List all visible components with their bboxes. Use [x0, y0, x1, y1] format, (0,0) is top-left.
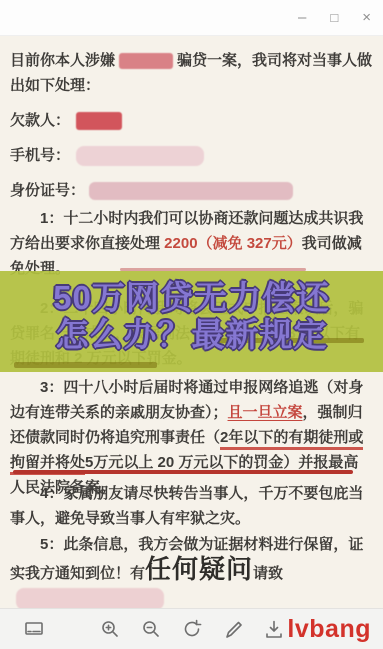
edit-pencil-icon[interactable] — [221, 617, 245, 641]
screenshot-root: – □ × 目前你本人涉嫌骗贷一案，我司将对当事人做出如下处理： 欠款人： 手机… — [0, 0, 383, 649]
field-debtor-label: 欠款人： — [10, 112, 70, 129]
item-5: 5：此条信息，我方会做为证据材料进行保留，证实我方通知到位！有任何疑问请致 — [10, 532, 373, 611]
highlighter-mark — [14, 362, 157, 368]
item-4: 4：家属朋友请尽快转告当事人，千万不要包庇当事人，避免导致当事人有牢狱之灾。 — [10, 481, 373, 531]
thumbnail-icon[interactable] — [22, 617, 46, 641]
lvbang-logo: lvbang — [287, 615, 371, 644]
field-phone: 手机号： — [10, 143, 373, 168]
window-titlebar: – □ × — [0, 0, 383, 36]
zoom-out-icon[interactable] — [139, 617, 163, 641]
item-3-red-phrase: 且一旦立案 — [228, 404, 303, 421]
watermark-band: 50万网贷无力偿还 怎么办？最新规定 — [0, 271, 383, 372]
item-5-emphasis: 任何疑问 — [145, 554, 253, 584]
field-debtor: 欠款人： — [10, 108, 373, 133]
close-button[interactable]: × — [362, 10, 371, 25]
item-1-amount: 2200（减免 327元） — [164, 235, 302, 252]
download-icon[interactable] — [262, 617, 286, 641]
watermark-line-1: 50万网贷无力偿还 — [0, 279, 383, 316]
redaction-debtor-name — [76, 112, 122, 130]
item-5-tail: 请致 — [253, 565, 283, 582]
bottom-toolbar: lvbang — [0, 608, 383, 649]
intro-paragraph: 目前你本人涉嫌骗贷一案，我司将对当事人做出如下处理： — [10, 48, 373, 98]
field-id-label: 身份证号： — [10, 182, 85, 199]
redaction-phone-number — [76, 146, 204, 166]
redaction-case-name — [119, 53, 173, 69]
watermark-headline: 50万网贷无力偿还 怎么办？最新规定 — [0, 279, 383, 353]
redaction-id-number — [89, 182, 293, 200]
minimize-button[interactable]: – — [298, 10, 306, 25]
maximize-button[interactable]: □ — [330, 11, 338, 24]
field-id: 身份证号： — [10, 178, 373, 203]
intro-text-before: 目前你本人涉嫌 — [10, 52, 115, 69]
field-phone-label: 手机号： — [10, 147, 70, 164]
watermark-line-2: 怎么办？最新规定 — [0, 316, 383, 353]
redaction-contact-number — [16, 588, 164, 610]
refresh-icon[interactable] — [180, 617, 204, 641]
red-divider — [13, 470, 353, 474]
zoom-in-icon[interactable] — [98, 617, 122, 641]
